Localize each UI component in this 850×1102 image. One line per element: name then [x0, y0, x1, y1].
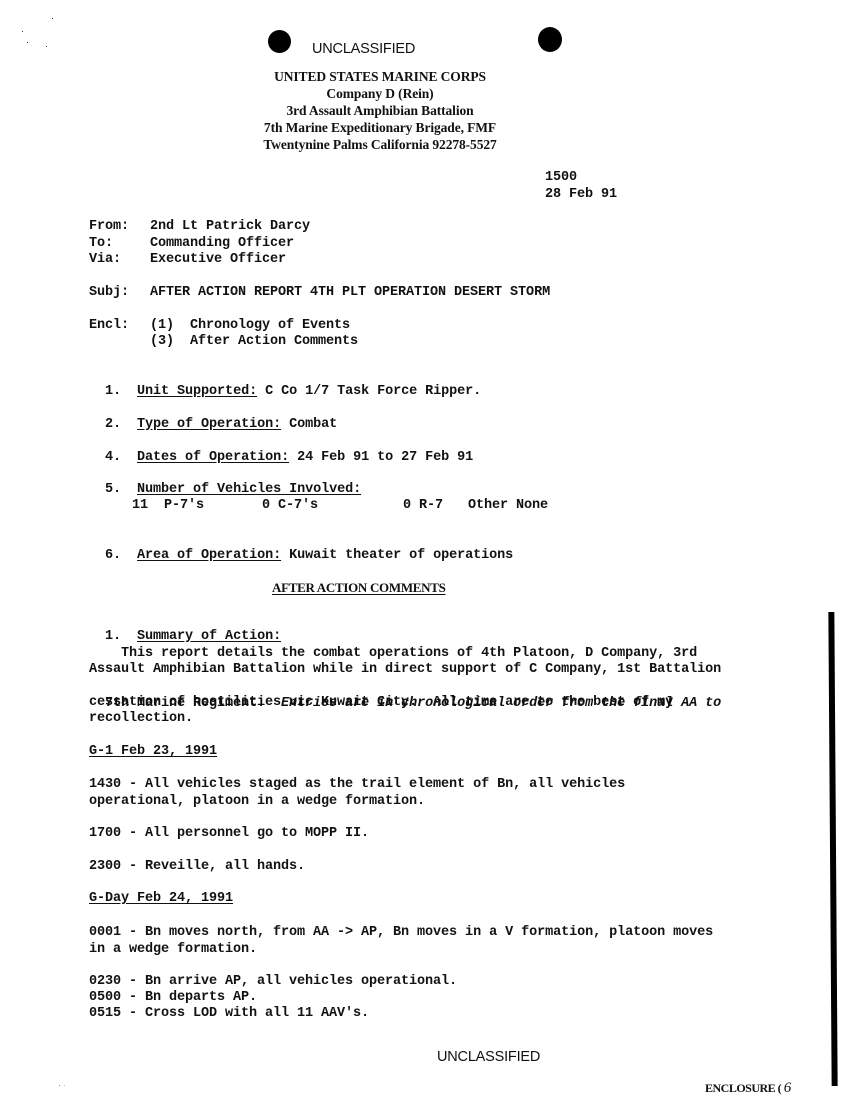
chronology-entry: 1700 - All personnel go to MOPP II. [89, 826, 369, 843]
encl-2-num: (3) [150, 334, 174, 351]
scan-speck [22, 31, 23, 32]
letterhead: UNITED STATES MARINE CORPS Company D (Re… [150, 68, 550, 153]
chronology-entry: 0230 - Bn arrive AP, all vehicles operat… [89, 974, 457, 991]
encl-label: Encl: [89, 318, 129, 335]
letterhead-line-2: Company D (Rein) [150, 85, 550, 102]
item-4-value: 24 Feb 91 to 27 Feb 91 [289, 450, 473, 465]
item-5-label: Number of Vehicles Involved: [137, 482, 361, 497]
letterhead-line-3: 3rd Assault Amphibian Battalion [150, 102, 550, 119]
date-date: 28 Feb 91 [545, 187, 617, 204]
summary-line-5: recollection. [89, 711, 193, 728]
item-1-num: 1. [105, 384, 121, 399]
summary-heading: 1. Summary of Action: [89, 612, 281, 645]
scan-speck [46, 46, 47, 47]
hole-punch-left [268, 30, 291, 53]
item-5: 5. Number of Vehicles Involved: [89, 465, 361, 498]
item-5-num: 5. [105, 482, 121, 497]
item-4: 4. Dates of Operation: 24 Feb 91 to 27 F… [89, 433, 473, 466]
item-4-label: Dates of Operation: [137, 450, 289, 465]
item-6-value: Kuwait theater of operations [281, 548, 513, 563]
vehicles-r7: 0 R-7 [403, 498, 443, 515]
scan-speck [52, 18, 53, 19]
chronology-heading-g1: G-1 Feb 23, 1991 [89, 744, 217, 761]
chronology-entry: 2300 - Reveille, all hands. [89, 859, 305, 876]
encl-1-num: (1) [150, 318, 174, 335]
item-6-num: 6. [105, 548, 121, 563]
vehicles-c7: 0 C-7's [262, 498, 318, 515]
to-label: To: [89, 236, 113, 253]
vehicles-p7: 11 P-7's [132, 498, 204, 515]
enclosure-handwritten-mark: 6 [784, 1080, 792, 1096]
comments-title: AFTER ACTION COMMENTS [272, 580, 446, 596]
summary-label: Summary of Action: [137, 629, 281, 644]
scan-speck [59, 1085, 60, 1086]
item-2-label: Type of Operation: [137, 417, 281, 432]
from-value: 2nd Lt Patrick Darcy [150, 219, 310, 236]
enclosure-stamp-label: ENCLOSURE ( [705, 1081, 784, 1095]
hole-punch-right [538, 27, 562, 52]
encl-2-title: After Action Comments [190, 334, 358, 351]
item-1-value: C Co 1/7 Task Force Ripper. [257, 384, 481, 399]
classification-bottom: UNCLASSIFIED [437, 1049, 540, 1065]
to-value: Commanding Officer [150, 236, 294, 253]
chronology-entry: 0515 - Cross LOD with all 11 AAV's. [89, 1006, 369, 1023]
chronology-entry: 0500 - Bn departs AP. [89, 990, 257, 1007]
via-label: Via: [89, 252, 121, 269]
item-2-num: 2. [105, 417, 121, 432]
chronology-entry: 1430 - All vehicles staged as the trail … [89, 777, 625, 810]
encl-1-title: Chronology of Events [190, 318, 350, 335]
scan-speck [64, 1085, 65, 1086]
date-time: 1500 [545, 170, 577, 187]
chronology-heading-gday: G-Day Feb 24, 1991 [89, 891, 233, 908]
item-2-value: Combat [281, 417, 337, 432]
subj-value: AFTER ACTION REPORT 4TH PLT OPERATION DE… [150, 285, 550, 302]
item-1-label: Unit Supported: [137, 384, 257, 399]
item-6: 6. Area of Operation: Kuwait theater of … [89, 531, 513, 564]
item-4-num: 4. [105, 450, 121, 465]
scan-speck [27, 42, 28, 43]
summary-num: 1. [105, 629, 121, 644]
subj-label: Subj: [89, 285, 129, 302]
summary-line-2: Assault Amphibian Battalion while in dir… [89, 662, 721, 679]
margin-change-bar [828, 612, 837, 1086]
letterhead-line-5: Twentynine Palms California 92278-5527 [150, 136, 550, 153]
item-2: 2. Type of Operation: Combat [89, 400, 337, 433]
summary-line-1: This report details the combat operation… [89, 646, 697, 663]
enclosure-stamp: ENCLOSURE ( 6 [697, 1061, 791, 1097]
item-1: 1. Unit Supported: C Co 1/7 Task Force R… [89, 367, 481, 400]
summary-line-4: cessation of hostilities vic Kuwait City… [89, 695, 673, 712]
chronology-entry: 0001 - Bn moves north, from AA -> AP, Bn… [89, 925, 713, 958]
letterhead-line-4: 7th Marine Expeditionary Brigade, FMF [150, 119, 550, 136]
via-value: Executive Officer [150, 252, 286, 269]
from-label: From: [89, 219, 129, 236]
item-6-label: Area of Operation: [137, 548, 281, 563]
letterhead-line-1: UNITED STATES MARINE CORPS [150, 68, 550, 85]
classification-top: UNCLASSIFIED [312, 41, 415, 57]
vehicles-other: Other None [468, 498, 548, 515]
